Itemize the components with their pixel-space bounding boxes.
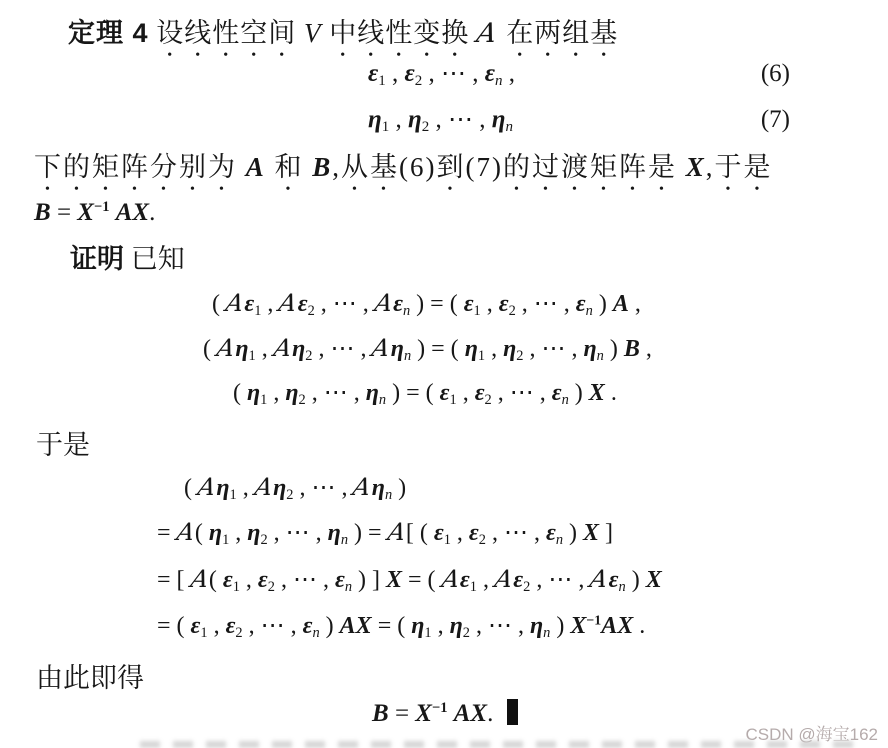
derivation-line-1: ( Aη1 , Aη2 , ⋯ , Aηn ) xyxy=(184,472,406,505)
text-segment: −1 xyxy=(586,613,601,628)
text-segment: η xyxy=(285,380,298,406)
text-segment: 2 xyxy=(485,392,492,408)
text-segment: 1 xyxy=(450,392,457,408)
text-segment: ) xyxy=(626,567,646,593)
proof-heading: 证明 已知 xyxy=(70,242,185,277)
text-segment: , xyxy=(503,60,516,87)
text-segment: 1 xyxy=(478,348,485,364)
text-segment: 证明 xyxy=(70,244,124,274)
text-segment: η xyxy=(328,520,341,546)
text-segment: ε xyxy=(485,60,495,87)
text-segment: ε xyxy=(475,380,485,406)
text-segment: ) = xyxy=(348,520,388,546)
text-segment: 到 xyxy=(437,152,466,182)
text-segment: X xyxy=(77,199,94,226)
transition-paragraph: 下的矩阵分别为 A 和 B,从基(6)到(7)的过渡矩阵是 X,于是 xyxy=(34,150,773,197)
text-segment: , xyxy=(332,152,341,182)
text-segment: . xyxy=(149,199,155,226)
text-segment: ) ] xyxy=(352,567,386,593)
text-segment: η xyxy=(408,106,422,133)
text-segment: ) = ( xyxy=(410,291,464,317)
text-segment: n xyxy=(586,303,593,319)
text-segment: = ( xyxy=(402,567,442,593)
text-segment: = ( xyxy=(157,613,191,639)
text-segment: , xyxy=(208,613,226,639)
text-segment: ) = ( xyxy=(386,380,440,406)
text-segment xyxy=(296,18,304,48)
text-segment: A xyxy=(613,291,629,317)
text-segment: , xyxy=(237,475,255,501)
text-segment: [ ( xyxy=(406,520,434,546)
text-segment: , ⋯ , xyxy=(422,60,485,87)
text-segment: η xyxy=(583,336,596,362)
text-segment: , xyxy=(451,520,469,546)
transform-script-A-glyph: A xyxy=(474,16,502,51)
text-segment: . xyxy=(633,613,645,639)
text-segment: X xyxy=(415,700,432,727)
text-segment: ε xyxy=(546,520,556,546)
text-segment: = ( xyxy=(372,613,412,639)
derivation-line-4: = ( ε1 , ε2 , ⋯ , εn ) AX = ( η1 , η2 , … xyxy=(157,611,645,643)
text-segment: X xyxy=(646,567,662,593)
text-segment: ε xyxy=(499,291,509,317)
text-segment: ( xyxy=(209,567,223,593)
text-segment: ε xyxy=(298,291,308,317)
text-segment: ε xyxy=(576,291,586,317)
text-segment: A xyxy=(246,152,266,182)
text-segment: η xyxy=(465,336,478,362)
text-segment: , ⋯ , xyxy=(429,106,492,133)
text-segment: 1 xyxy=(474,303,481,319)
text-segment: ε xyxy=(368,60,378,87)
text-segment: AX xyxy=(340,613,372,639)
text-segment: n xyxy=(341,532,348,548)
known-relation-1: ( Aε1 , Aε2 , ⋯ , Aεn ) = ( ε1 , ε2 , ⋯ … xyxy=(212,288,641,321)
text-segment: ε xyxy=(440,380,450,406)
cropped-next-line xyxy=(140,741,858,748)
text-segment: ) xyxy=(569,380,589,406)
text-segment: n xyxy=(505,119,513,135)
text-segment: (7) xyxy=(466,152,503,182)
text-segment: 已知 xyxy=(131,244,185,274)
text-segment: = xyxy=(157,520,177,546)
text-segment: B xyxy=(34,199,51,226)
text-segment: 2 xyxy=(463,625,470,641)
text-segment: ε xyxy=(434,520,444,546)
text-segment: , xyxy=(256,336,274,362)
text-segment: n xyxy=(495,73,503,89)
text-segment: X xyxy=(570,613,586,639)
text-segment: ε xyxy=(405,60,415,87)
text-segment: 1 xyxy=(378,73,386,89)
qed-tombstone-icon xyxy=(507,699,518,725)
theorem-heading: 定理 4 设线性空间 V 中线性变换 A 在两组基 xyxy=(68,16,618,63)
text-segment: 下的矩阵分别为 xyxy=(34,152,237,182)
text-segment: = xyxy=(51,199,78,226)
text-segment: ε xyxy=(226,613,236,639)
text-segment: (6) xyxy=(399,152,436,182)
text-segment: ] xyxy=(599,520,613,546)
thus-lead-in: 于是 xyxy=(36,428,90,463)
equation-number: (7) xyxy=(761,104,790,137)
text-segment: = [ xyxy=(157,567,191,593)
text-segment: ( xyxy=(233,380,247,406)
text-segment: η xyxy=(411,613,424,639)
text-segment: 2 xyxy=(299,392,306,408)
text-segment xyxy=(677,152,686,182)
text-segment: AX xyxy=(601,613,633,639)
text-segment xyxy=(124,244,131,274)
derivation-line-2: = A( η1 , η2 , ⋯ , ηn ) = A[ ( ε1 , ε2 ,… xyxy=(157,517,613,550)
text-segment: V xyxy=(304,18,322,48)
text-segment: X xyxy=(583,520,599,546)
text-segment: ε xyxy=(552,380,562,406)
text-segment: η xyxy=(247,380,260,406)
text-segment: , ⋯ , xyxy=(268,520,328,546)
text-segment: , ⋯ , xyxy=(523,336,583,362)
text-segment: n xyxy=(562,392,569,408)
text-segment: n xyxy=(345,579,352,595)
text-segment: η xyxy=(247,520,260,546)
text-segment: η xyxy=(503,336,516,362)
text-segment: X xyxy=(589,380,605,406)
text-segment: ) xyxy=(392,475,406,501)
known-relation-3: ( η1 , η2 , ⋯ , ηn ) = ( ε1 , ε2 , ⋯ , ε… xyxy=(233,378,617,410)
text-segment: n xyxy=(312,625,319,641)
text-segment: ) xyxy=(550,613,570,639)
text-segment: η xyxy=(366,380,379,406)
text-segment: , ⋯ , xyxy=(306,380,366,406)
text-segment: η xyxy=(292,336,305,362)
text-segment: . xyxy=(605,380,617,406)
text-segment: 2 xyxy=(260,532,267,548)
derivation-line-3: = [ A( ε1 , ε2 , ⋯ , εn ) ] X = ( Aε1 , … xyxy=(157,564,662,597)
text-segment: B xyxy=(372,700,389,727)
text-segment: η xyxy=(492,106,506,133)
text-segment: . xyxy=(487,700,500,727)
text-segment: ) xyxy=(563,520,583,546)
text-segment: η xyxy=(273,475,286,501)
text-segment: , ⋯ , xyxy=(315,291,375,317)
text-segment: X xyxy=(686,152,706,182)
text-segment: ) = ( xyxy=(411,336,465,362)
basis-equation-6: ε1 , ε2 , ⋯ , εn ,(6) xyxy=(0,58,888,92)
text-segment: 设线性空间 xyxy=(156,18,296,48)
text-segment: 在两组基 xyxy=(506,18,618,48)
text-segment: η xyxy=(235,336,248,362)
text-segment: , ⋯ , xyxy=(293,475,353,501)
text-segment: n xyxy=(556,532,563,548)
text-segment: B xyxy=(624,336,640,362)
text-segment: ) xyxy=(593,291,613,317)
text-segment: X xyxy=(386,567,402,593)
text-segment: 1 xyxy=(230,487,237,503)
text-segment: ) xyxy=(604,336,624,362)
text-segment: η xyxy=(216,475,229,501)
text-segment: B xyxy=(312,152,332,182)
text-segment: 的过渡矩阵是 xyxy=(503,152,677,182)
text-segment: 1 xyxy=(200,625,207,641)
document-page: CSDN @海宝162 定理 4 设线性空间 V 中线性变换 A 在两组基ε1 … xyxy=(0,0,888,748)
text-segment: ε xyxy=(609,567,619,593)
text-segment: 定理 4 xyxy=(68,18,149,48)
text-segment: η xyxy=(368,106,382,133)
text-segment: , ⋯ , xyxy=(486,520,546,546)
text-segment: = xyxy=(389,700,416,727)
text-segment: 于是 xyxy=(715,152,773,182)
text-segment: η xyxy=(372,475,385,501)
text-segment: ε xyxy=(469,520,479,546)
text-segment: , xyxy=(485,336,503,362)
text-segment: , xyxy=(229,520,247,546)
text-segment: , xyxy=(629,291,641,317)
basis-equation-7: η1 , η2 , ⋯ , ηn(7) xyxy=(0,104,888,138)
known-relation-2: ( Aη1 , Aη2 , ⋯ , Aηn ) = ( η1 , η2 , ⋯ … xyxy=(203,333,652,366)
text-segment: , xyxy=(457,380,475,406)
text-segment: 1 xyxy=(233,579,240,595)
final-equation: B = X−1 AX. xyxy=(372,698,518,731)
text-segment: −1 xyxy=(432,700,448,716)
text-segment: 于是 xyxy=(36,430,90,460)
text-segment: η xyxy=(391,336,404,362)
text-segment xyxy=(266,152,275,182)
similarity-relation-line: B = X−1 AX. xyxy=(34,197,155,230)
text-segment: , ⋯ , xyxy=(243,613,303,639)
text-segment: , xyxy=(706,152,715,182)
text-segment: , ⋯ , xyxy=(492,380,552,406)
text-segment: 2 xyxy=(268,579,275,595)
text-segment: , xyxy=(386,60,405,87)
text-segment: 2 xyxy=(479,532,486,548)
text-segment: 1 xyxy=(444,532,451,548)
text-segment: , xyxy=(267,380,285,406)
text-segment: , ⋯ , xyxy=(275,567,335,593)
text-segment xyxy=(304,152,313,182)
text-segment xyxy=(237,152,246,182)
text-segment: η xyxy=(209,520,222,546)
text-segment: η xyxy=(450,613,463,639)
text-segment: n xyxy=(619,579,626,595)
text-segment: η xyxy=(530,613,543,639)
text-segment: ε xyxy=(464,291,474,317)
text-segment: , xyxy=(640,336,652,362)
text-segment: 2 xyxy=(308,303,315,319)
text-segment: 1 xyxy=(424,625,431,641)
text-segment: 和 xyxy=(275,152,304,182)
text-segment: ε xyxy=(303,613,313,639)
text-segment: ε xyxy=(335,567,345,593)
text-segment: 2 xyxy=(235,625,242,641)
text-segment: ) xyxy=(320,613,340,639)
text-segment: 1 xyxy=(249,348,256,364)
text-segment: , ⋯ , xyxy=(312,336,372,362)
equation-number: (6) xyxy=(761,58,790,91)
text-segment: ε xyxy=(223,567,233,593)
text-segment: 从基 xyxy=(341,152,399,182)
text-segment: , xyxy=(481,291,499,317)
text-segment: AX xyxy=(454,700,487,727)
text-segment: 1 xyxy=(470,579,477,595)
text-segment: 由此即得 xyxy=(36,663,144,693)
text-segment: , xyxy=(432,613,450,639)
conclusion-lead-in: 由此即得 xyxy=(36,661,144,696)
text-segment: ( xyxy=(195,520,209,546)
text-segment: 中线性变换 xyxy=(329,18,469,48)
text-segment: , ⋯ , xyxy=(470,613,530,639)
text-segment: , ⋯ , xyxy=(530,567,590,593)
text-segment: , xyxy=(240,567,258,593)
text-segment: ε xyxy=(258,567,268,593)
text-segment: ε xyxy=(191,613,201,639)
text-segment: , xyxy=(389,106,408,133)
text-segment: , ⋯ , xyxy=(516,291,576,317)
text-segment: −1 xyxy=(94,199,110,215)
text-segment: AX xyxy=(116,199,149,226)
text-segment: 2 xyxy=(509,303,516,319)
text-segment: n xyxy=(597,348,604,364)
